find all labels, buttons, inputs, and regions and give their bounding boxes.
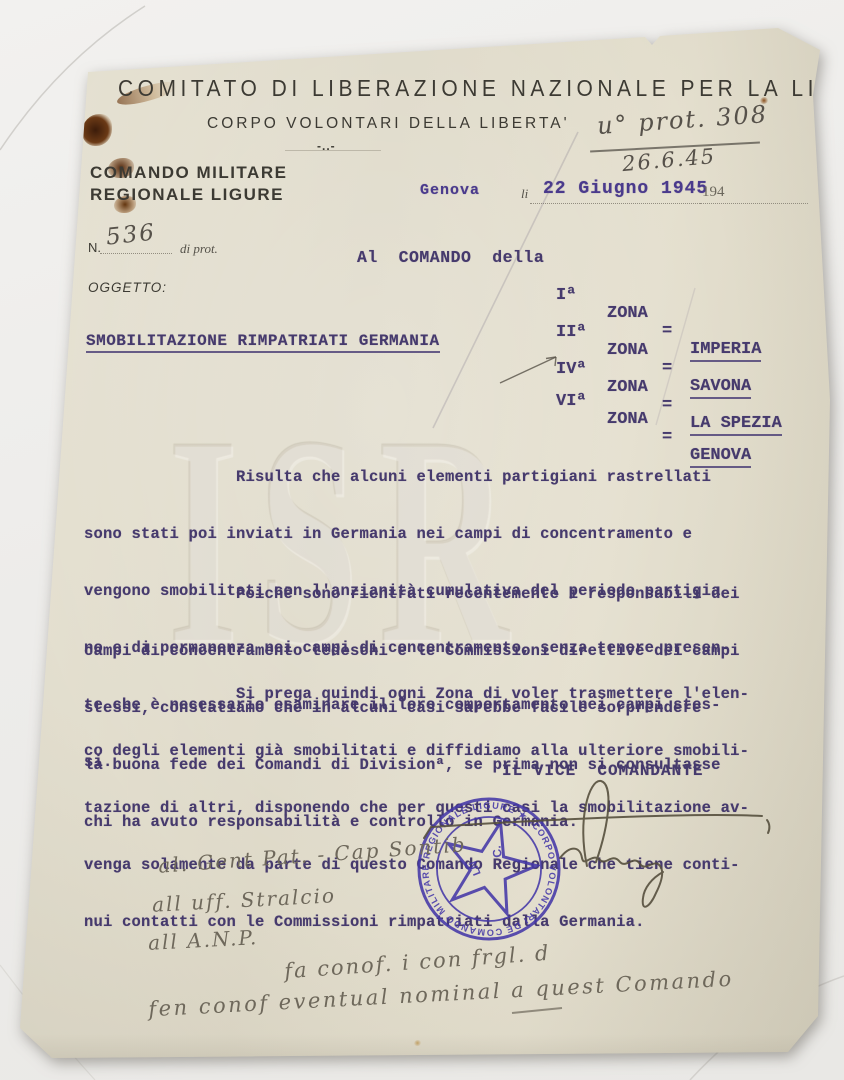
document-paper: ISR COMITATO DI LIBERAZIONE NAZIONALE PE… — [0, 0, 844, 1080]
pencil-arrow — [500, 357, 556, 383]
stain — [414, 1040, 421, 1046]
stain — [620, 28, 627, 34]
scanned-document-page: ISR COMITATO DI LIBERAZIONE NAZIONALE PE… — [0, 0, 844, 1080]
handwriting-strokes — [0, 0, 844, 1080]
signature — [424, 781, 769, 907]
